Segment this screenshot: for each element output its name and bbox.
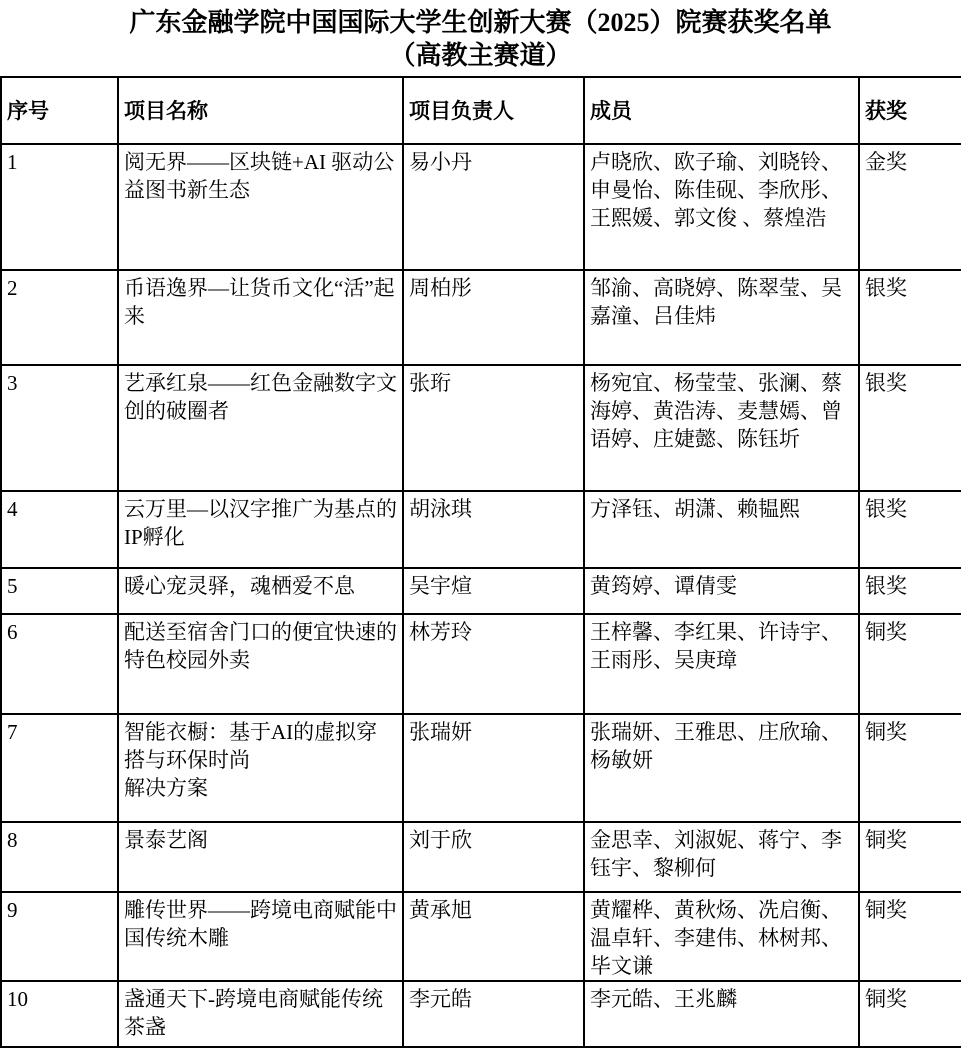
members-cell: 金思幸、刘淑妮、蒋宁、李钰宇、黎柳何 [584,822,859,892]
row-no-cell: 7 [1,714,118,822]
project-name-cell: 云万里—以汉字推广为基点的IP孵化 [118,491,403,568]
award-cell: 银奖 [859,270,961,365]
row-no-cell: 2 [1,270,118,365]
award-cell: 铜奖 [859,981,961,1047]
table-row: 4 云万里—以汉字推广为基点的IP孵化 胡泳琪 方泽钰、胡潇、赖韫熙 银奖 [1,491,961,568]
award-cell: 银奖 [859,491,961,568]
members-cell: 杨宛宜、杨莹莹、张澜、蔡海婷、黄浩涛、麦慧嫣、曾语婷、庄婕懿、陈钰圻 [584,365,859,491]
document-page: 广东金融学院中国国际大学生创新大赛（2025）院赛获奖名单 （高教主赛道） 序号… [0,0,961,1048]
table-row: 9 雕传世界——跨境电商赋能中国传统木雕 黄承旭 黄耀桦、黄秋炀、冼启衡、温卓轩… [1,892,961,981]
header-cell-project-name: 项目名称 [118,77,403,144]
table-row: 6 配送至宿舍门口的便宜快速的特色校园外卖 林芳玲 王梓馨、李红果、许诗宇、王雨… [1,614,961,714]
row-no-cell: 8 [1,822,118,892]
members-cell: 方泽钰、胡潇、赖韫熙 [584,491,859,568]
members-cell: 李元皓、王兆麟 [584,981,859,1047]
project-name-cell: 暖心宠灵驿，魂栖爱不息 [118,568,403,614]
header-cell-no: 序号 [1,77,118,144]
awards-table: 序号 项目名称 项目负责人 成员 获奖 1 阅无界——区块链+AI 驱动公益图书… [0,76,961,1048]
table-row: 7 智能衣橱：基于AI的虚拟穿搭与环保时尚 解决方案 张瑞妍 张瑞妍、王雅思、庄… [1,714,961,822]
table-row: 10 盏通天下-跨境电商赋能传统茶盏 李元皓 李元皓、王兆麟 铜奖 [1,981,961,1047]
document-title-line1: 广东金融学院中国国际大学生创新大赛（2025）院赛获奖名单 [0,6,961,39]
leader-cell: 吴宇煊 [403,568,584,614]
row-no-cell: 3 [1,365,118,491]
award-cell: 铜奖 [859,892,961,981]
members-cell: 黄筠婷、谭倩雯 [584,568,859,614]
leader-cell: 刘于欣 [403,822,584,892]
leader-cell: 黄承旭 [403,892,584,981]
award-cell: 铜奖 [859,714,961,822]
project-name-cell: 币语逸界—让货币文化“活”起来 [118,270,403,365]
award-cell: 金奖 [859,144,961,270]
row-no-cell: 10 [1,981,118,1047]
document-title: 广东金融学院中国国际大学生创新大赛（2025）院赛获奖名单 （高教主赛道） [0,0,961,76]
leader-cell: 李元皓 [403,981,584,1047]
leader-cell: 易小丹 [403,144,584,270]
members-cell: 黄耀桦、黄秋炀、冼启衡、温卓轩、李建伟、林树邦、毕文谦 [584,892,859,981]
project-name-cell: 景泰艺阁 [118,822,403,892]
project-name-cell: 盏通天下-跨境电商赋能传统茶盏 [118,981,403,1047]
project-name-cell: 艺承红泉——红色金融数字文创的破圈者 [118,365,403,491]
header-cell-award: 获奖 [859,77,961,144]
members-cell: 邹渝、高晓婷、陈翠莹、吴嘉潼、吕佳炜 [584,270,859,365]
row-no-cell: 9 [1,892,118,981]
table-row: 2 币语逸界—让货币文化“活”起来 周柏彤 邹渝、高晓婷、陈翠莹、吴嘉潼、吕佳炜… [1,270,961,365]
row-no-cell: 6 [1,614,118,714]
table-row: 8 景泰艺阁 刘于欣 金思幸、刘淑妮、蒋宁、李钰宇、黎柳何 铜奖 [1,822,961,892]
table-row: 5 暖心宠灵驿，魂栖爱不息 吴宇煊 黄筠婷、谭倩雯 银奖 [1,568,961,614]
document-title-line2: （高教主赛道） [0,39,961,72]
project-name-cell: 雕传世界——跨境电商赋能中国传统木雕 [118,892,403,981]
header-cell-leader: 项目负责人 [403,77,584,144]
award-cell: 银奖 [859,568,961,614]
award-cell: 银奖 [859,365,961,491]
project-name-cell: 阅无界——区块链+AI 驱动公益图书新生态 [118,144,403,270]
table-row: 3 艺承红泉——红色金融数字文创的破圈者 张珩 杨宛宜、杨莹莹、张澜、蔡海婷、黄… [1,365,961,491]
members-cell: 王梓馨、李红果、许诗宇、王雨彤、吴庚璋 [584,614,859,714]
project-name-cell: 智能衣橱：基于AI的虚拟穿搭与环保时尚 解决方案 [118,714,403,822]
leader-cell: 林芳玲 [403,614,584,714]
row-no-cell: 5 [1,568,118,614]
row-no-cell: 1 [1,144,118,270]
leader-cell: 张瑞妍 [403,714,584,822]
table-row: 1 阅无界——区块链+AI 驱动公益图书新生态 易小丹 卢晓欣、欧子瑜、刘晓铃、… [1,144,961,270]
leader-cell: 周柏彤 [403,270,584,365]
leader-cell: 胡泳琪 [403,491,584,568]
members-cell: 卢晓欣、欧子瑜、刘晓铃、申曼怡、陈佳砚、李欣彤、王熙媛、郭文俊 、蔡煌浩 [584,144,859,270]
table-header-row: 序号 项目名称 项目负责人 成员 获奖 [1,77,961,144]
row-no-cell: 4 [1,491,118,568]
award-cell: 铜奖 [859,822,961,892]
members-cell: 张瑞妍、王雅思、庄欣瑜、杨敏妍 [584,714,859,822]
leader-cell: 张珩 [403,365,584,491]
header-cell-members: 成员 [584,77,859,144]
project-name-cell: 配送至宿舍门口的便宜快速的特色校园外卖 [118,614,403,714]
award-cell: 铜奖 [859,614,961,714]
